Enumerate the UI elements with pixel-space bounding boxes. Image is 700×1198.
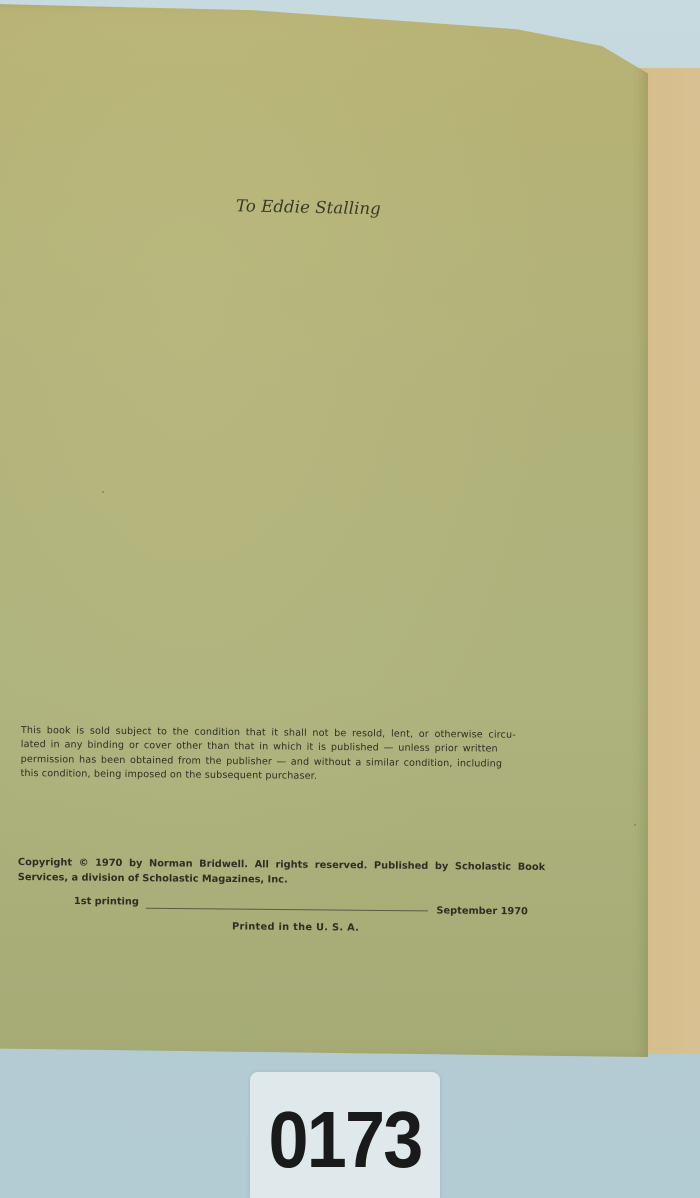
printed-in-text: Printed in the U. S. A. — [232, 921, 359, 933]
paper-speck — [634, 824, 636, 826]
inventory-number: 0173 — [260, 1094, 431, 1186]
printing-date: September 1970 — [436, 905, 528, 917]
paper-speck — [102, 491, 104, 493]
copyright-notice: Copyright © 1970 by Norman Bridwell. All… — [18, 856, 588, 890]
dedication-text: To Eddie Stalling — [236, 196, 406, 219]
printing-rule — [146, 908, 428, 912]
legal-notice: This book is sold subject to the conditi… — [20, 724, 591, 787]
inventory-label: 0173 — [250, 1072, 440, 1198]
printing-label: 1st printing — [74, 896, 139, 908]
